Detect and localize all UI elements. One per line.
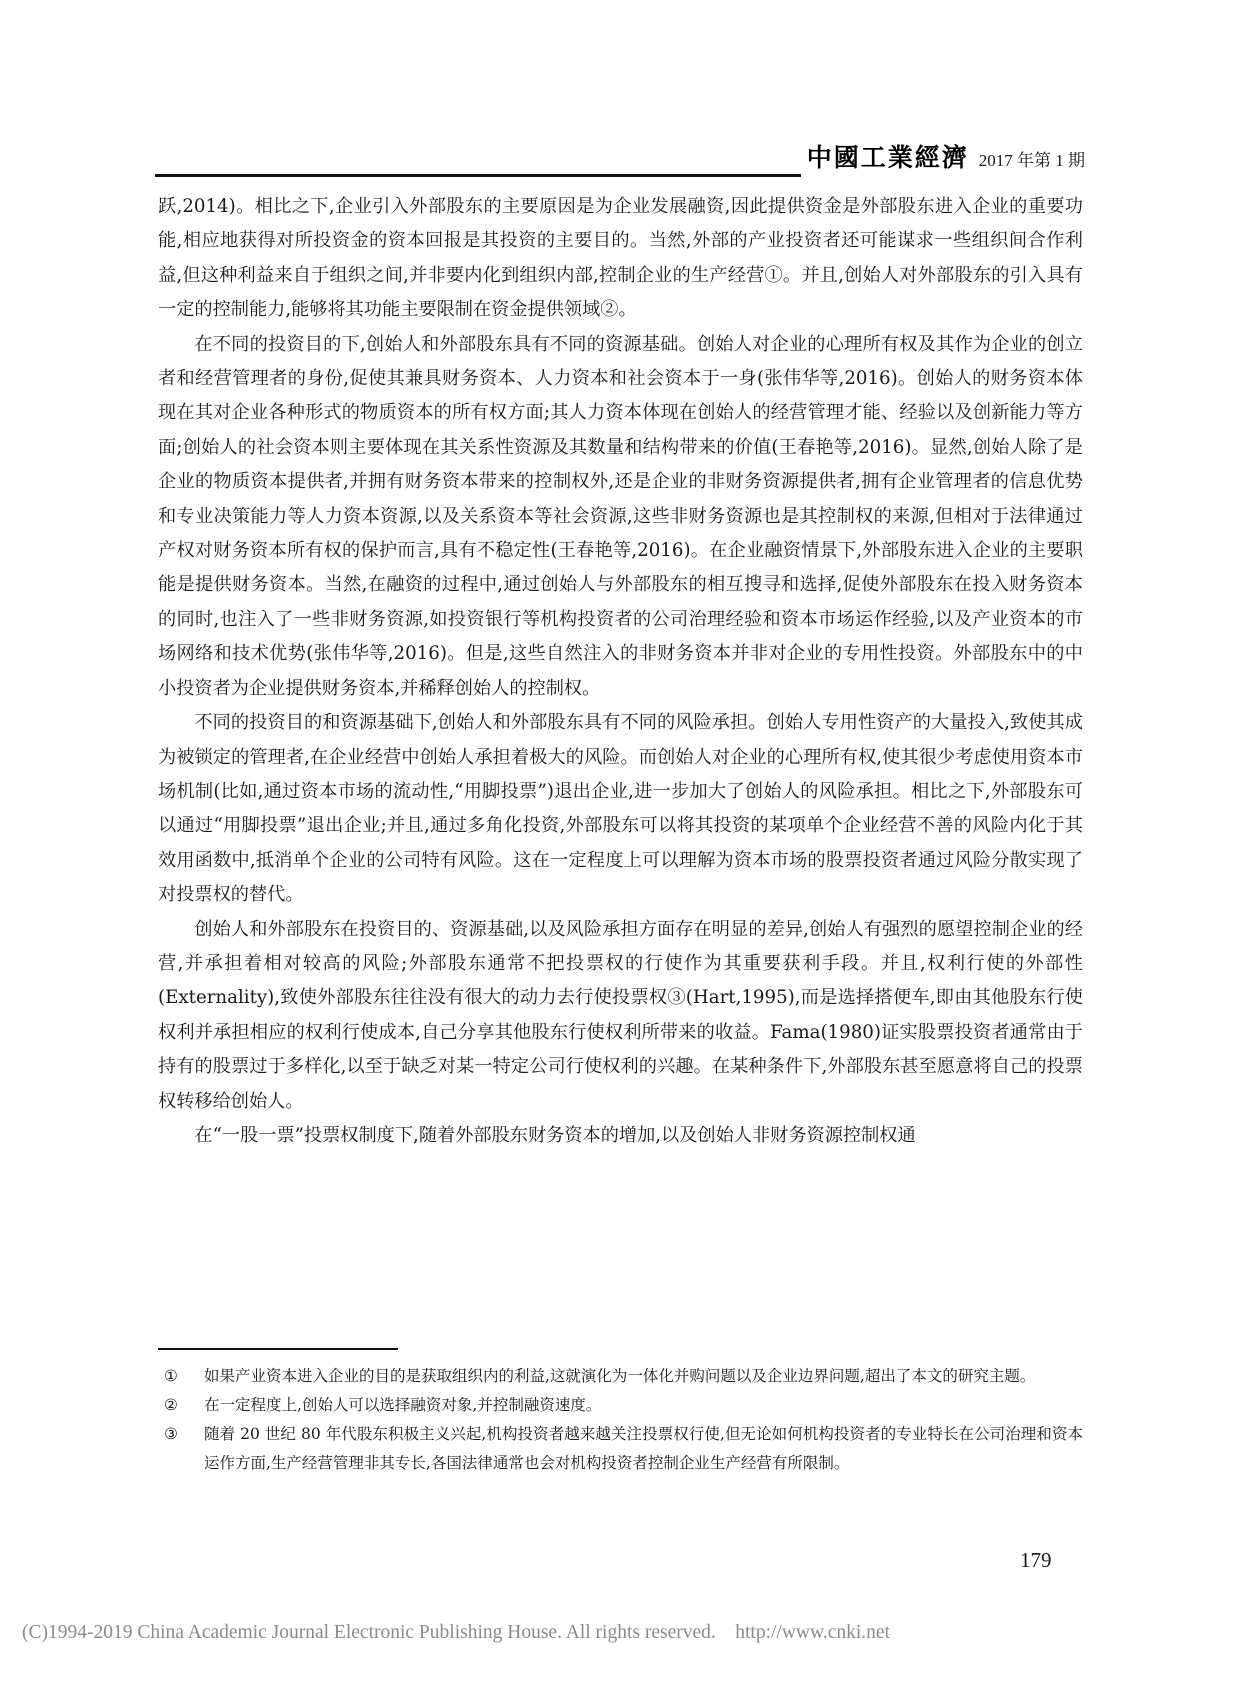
footnote: ① 如果产业资本进入企业的目的是获取组织内的利益,这就演化为一体化并购问题以及企… — [158, 1362, 1083, 1391]
footnote-mark: ③ — [158, 1420, 204, 1478]
footnote-mark: ② — [158, 1391, 204, 1420]
footnote-text: 如果产业资本进入企业的目的是获取组织内的利益,这就演化为一体化并购问题以及企业边… — [204, 1362, 1083, 1391]
running-header: 中國工業經濟 2017 年第 1 期 — [155, 138, 1085, 177]
footnote-mark: ① — [158, 1362, 204, 1391]
paragraph: 不同的投资目的和资源基础下,创始人和外部股东具有不同的风险承担。创始人专用性资产… — [158, 706, 1083, 912]
footnote-divider — [158, 1348, 398, 1350]
footnote-text: 随着 20 世纪 80 年代股东积极主义兴起,机构投资者越来越关注投票权行使,但… — [204, 1420, 1083, 1478]
footnote-text: 在一定程度上,创始人可以选择融资对象,并控制融资速度。 — [204, 1391, 1083, 1420]
issue-label: 2017 年第 1 期 — [979, 146, 1085, 171]
paragraph: 在不同的投资目的下,创始人和外部股东具有不同的资源基础。创始人对企业的心理所有权… — [158, 328, 1083, 706]
footnote: ② 在一定程度上,创始人可以选择融资对象,并控制融资速度。 — [158, 1391, 1083, 1420]
page-number: 179 — [1020, 1548, 1052, 1573]
footnotes: ① 如果产业资本进入企业的目的是获取组织内的利益,这就演化为一体化并购问题以及企… — [158, 1362, 1083, 1478]
journal-name: 中國工業經濟 — [807, 138, 969, 174]
footnote: ③ 随着 20 世纪 80 年代股东积极主义兴起,机构投资者越来越关注投票权行使… — [158, 1420, 1083, 1478]
article-body: 跃,2014)。相比之下,企业引入外部股东的主要原因是为企业发展融资,因此提供资… — [158, 190, 1083, 1153]
journal-masthead: 中國工業經濟 2017 年第 1 期 — [801, 138, 1085, 178]
paragraph: 创始人和外部股东在投资目的、资源基础,以及风险承担方面存在明显的差异,创始人有强… — [158, 913, 1083, 1119]
paragraph: 在“一股一票”投票权制度下,随着外部股东财务资本的增加,以及创始人非财务资源控制… — [158, 1119, 1083, 1153]
copyright-notice: (C)1994-2019 China Academic Journal Elec… — [22, 1622, 890, 1644]
paragraph: 跃,2014)。相比之下,企业引入外部股东的主要原因是为企业发展融资,因此提供资… — [158, 190, 1083, 328]
